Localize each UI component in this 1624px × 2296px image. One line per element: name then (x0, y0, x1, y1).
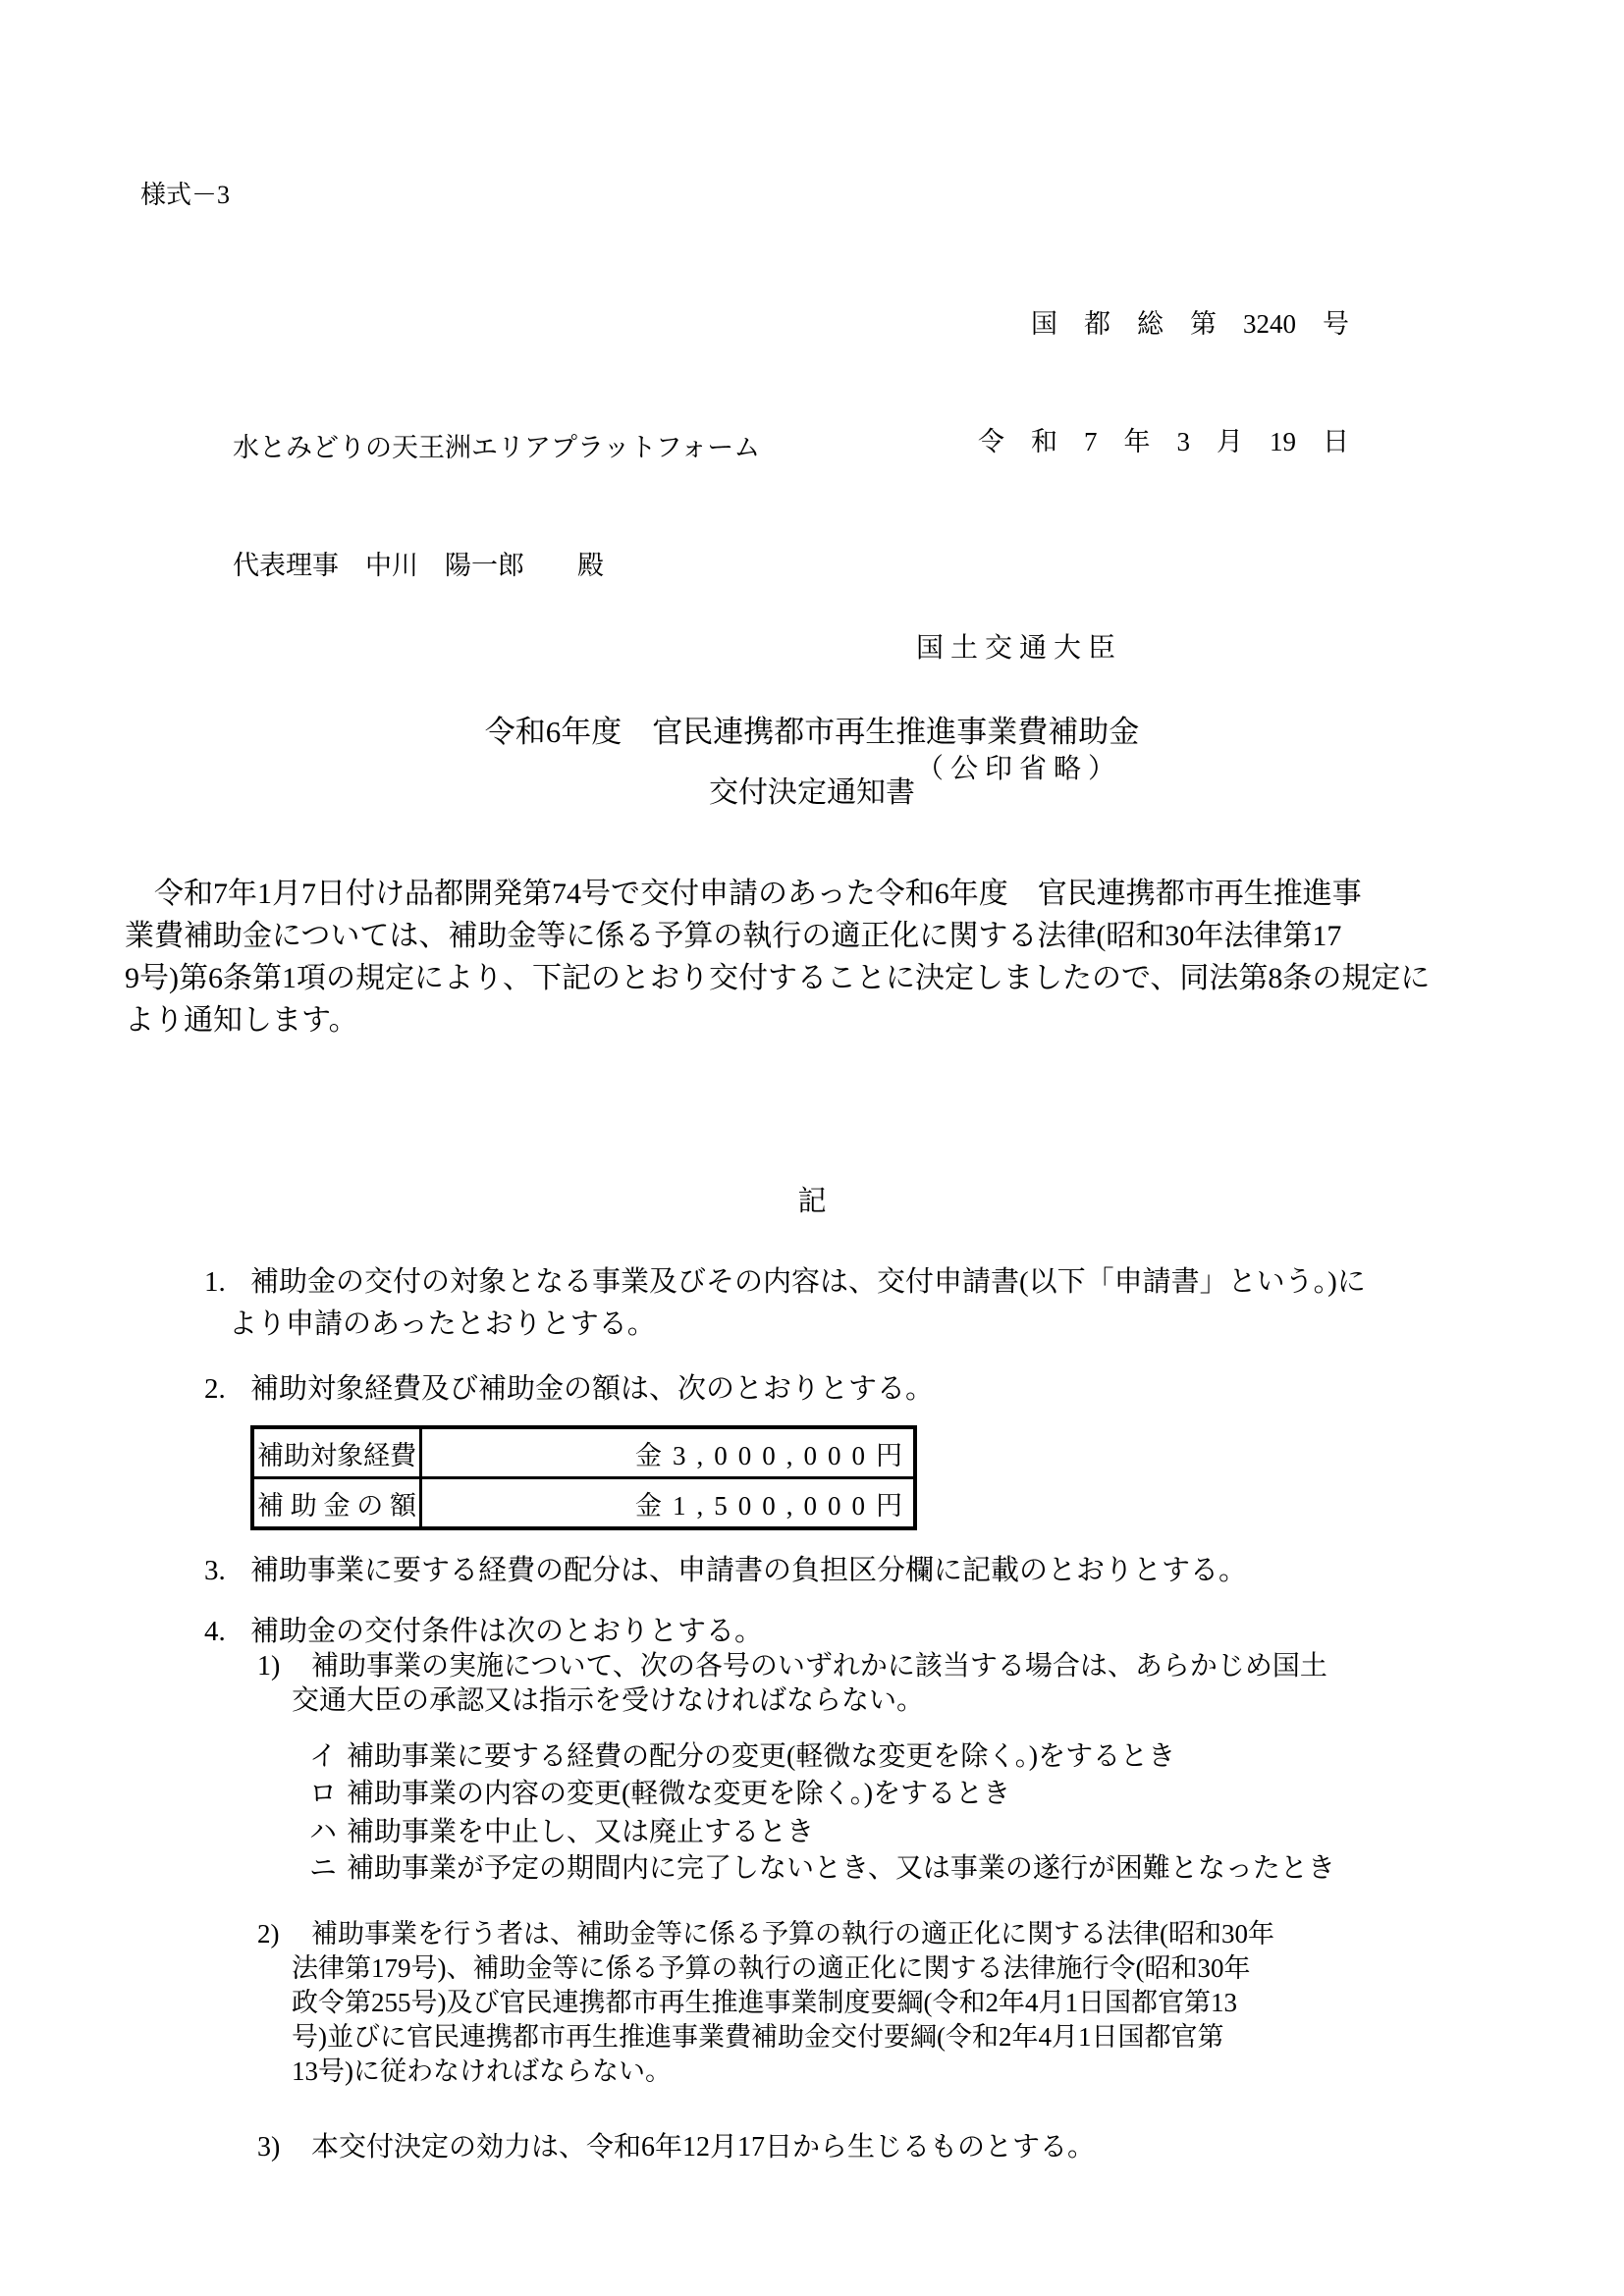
item-text: 補助金の交付の対象となる事業及びその内容は、交付申請書(以下「申請書」という。)… (250, 1264, 1366, 1300)
katakana-marker: ニ (309, 1851, 337, 1886)
recipient-representative: 代表理事 中川 陽一郎 殿 (233, 546, 760, 585)
condition-text-continuation: 号)並びに官民連携都市再生推進事業費補助金交付要綱(令和2年4月1日国都官第 (292, 2021, 1223, 2055)
title-doc-type: 交付決定通知書 (0, 774, 1624, 812)
subsidy-amount-table: 補助対象経費 金3,000,000円 補 助 金 の 額 金1,500,000円 (250, 1425, 917, 1530)
condition-text-continuation: 13号)に従わなければならない。 (292, 2056, 672, 2089)
item-number: 2. (204, 1371, 226, 1407)
table-value-cell: 金1,500,000円 (421, 1478, 916, 1529)
recipient-organization: 水とみどりの天王洲エリアプラットフォーム (233, 428, 760, 467)
doc-number: 国 都 総 第 3240 号 (978, 304, 1349, 344)
condition-text-continuation: 交通大臣の承認又は指示を受けなければならない。 (292, 1683, 924, 1718)
doc-date: 令 和 7 年 3 月 19 日 (978, 422, 1349, 461)
recipient-block: 水とみどりの天王洲エリアプラットフォーム 代表理事 中川 陽一郎 殿 (233, 349, 760, 664)
katakana-marker: イ (309, 1739, 337, 1774)
katakana-text: 補助事業に要する経費の配分の変更(軽微な変更を除く。)をするとき (347, 1739, 1175, 1774)
condition-text: 本交付決定の効力は、令和6年12月17日から生じるものとする。 (311, 2130, 1095, 2164)
item-number: 4. (204, 1614, 226, 1649)
doc-header: 国 都 総 第 3240 号 令 和 7 年 3 月 19 日 (978, 226, 1349, 540)
body-line: 令和7年1月7日付け品都開発第74号で交付申請のあった令和6年度 官民連携都市再… (125, 876, 1362, 913)
table-label-cell: 補 助 金 の 額 (252, 1478, 421, 1529)
katakana-marker: ハ (309, 1815, 337, 1849)
table-row: 補 助 金 の 額 金1,500,000円 (252, 1478, 915, 1529)
katakana-text: 補助事業を中止し、又は廃止するとき (347, 1815, 814, 1849)
condition-number: 1) (257, 1649, 280, 1683)
condition-text: 補助事業を行う者は、補助金等に係る予算の執行の適正化に関する法律(昭和30年 (311, 1918, 1274, 1951)
table-value-cell: 金3,000,000円 (421, 1427, 916, 1478)
condition-text: 補助事業の実施について、次の各号のいずれかに該当する場合は、あらかじめ国土 (311, 1649, 1327, 1683)
katakana-text: 補助事業が予定の期間内に完了しないとき、又は事業の遂行が困難となったとき (347, 1851, 1335, 1886)
katakana-text: 補助事業の内容の変更(軽微な変更を除く。)をするとき (347, 1777, 1010, 1811)
item-number: 3. (204, 1553, 226, 1588)
item-text-continuation: より申請のあったとおりとする。 (229, 1307, 656, 1342)
body-line: 業費補助金については、補助金等に係る予算の執行の適正化に関する法律(昭和30年法… (125, 918, 1341, 955)
condition-text-continuation: 政令第255号)及び官民連携都市再生推進事業制度要綱(令和2年4月1日国都官第1… (292, 1987, 1237, 2020)
ki-marker: 記 (0, 1184, 1624, 1219)
condition-number: 2) (257, 1918, 280, 1951)
body-line: 9号)第6条第1項の規定により、下記のとおり交付することに決定しましたので、同法… (125, 960, 1430, 997)
document-page: 様式－3 国 都 総 第 3240 号 令 和 7 年 3 月 19 日 水とみ… (0, 0, 1624, 2296)
item-text: 補助金の交付条件は次のとおりとする。 (250, 1614, 763, 1649)
item-text: 補助対象経費及び補助金の額は、次のとおりとする。 (250, 1371, 934, 1407)
item-text: 補助事業に要する経費の配分は、申請書の負担区分欄に記載のとおりとする。 (250, 1553, 1247, 1588)
katakana-marker: ロ (309, 1777, 337, 1811)
table-row: 補助対象経費 金3,000,000円 (252, 1427, 915, 1478)
condition-text-continuation: 法律第179号)、補助金等に係る予算の執行の適正化に関する法律施行令(昭和30年 (292, 1952, 1250, 1986)
title-subsidy-name: 令和6年度 官民連携都市再生推進事業費補助金 (0, 714, 1624, 752)
table-label-cell: 補助対象経費 (252, 1427, 421, 1478)
sender-name: 国 土 交 通 大 臣 (916, 628, 1115, 668)
item-number: 1. (204, 1264, 226, 1300)
form-label: 様式－3 (140, 180, 230, 212)
condition-number: 3) (257, 2130, 280, 2164)
sender-block: 国 土 交 通 大 臣 （ 公 印 省 略 ） (916, 548, 1115, 870)
body-line: より通知します。 (125, 1002, 358, 1040)
